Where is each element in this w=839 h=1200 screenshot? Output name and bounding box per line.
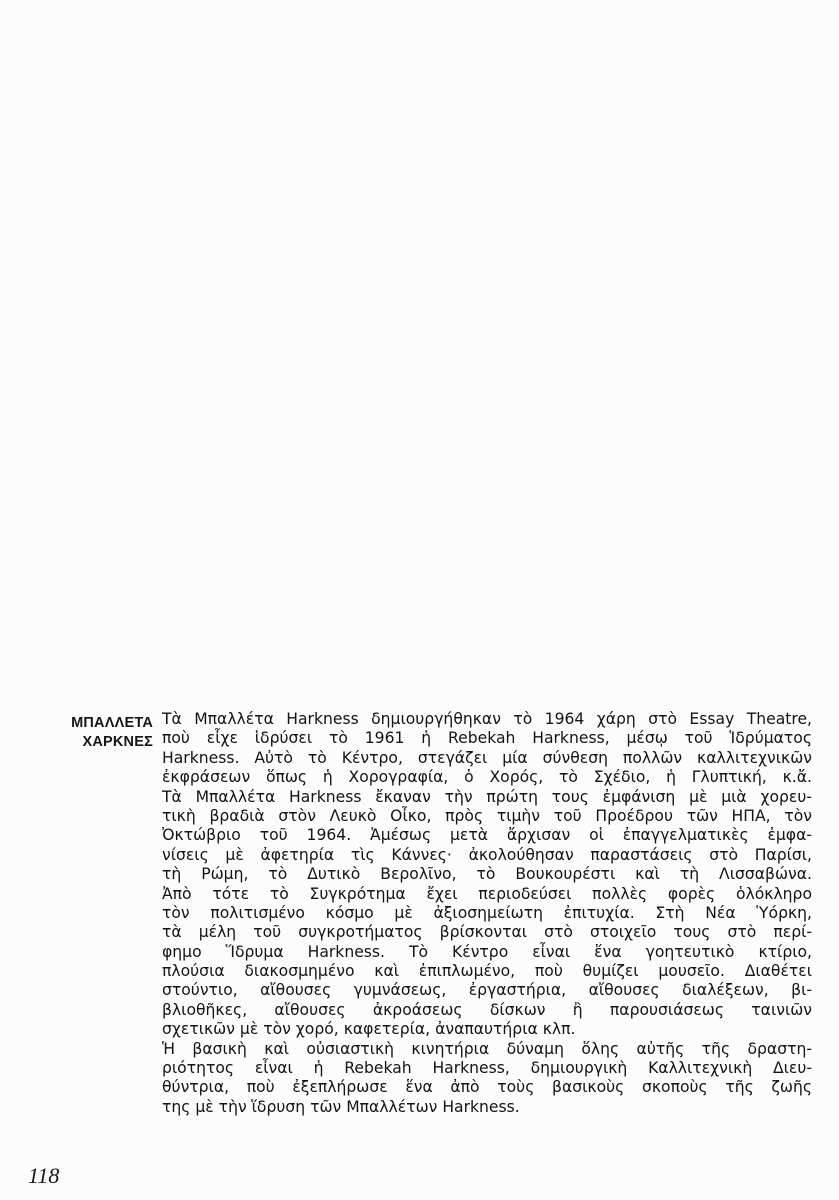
body-line: Τὰ Μπαλλέτα Harkness ἔκαναν τὴν πρώτη το… [162, 788, 812, 807]
body-line: τὴ Ρώμη, τὸ Δυτικὸ Βερολῖνο, τὸ Βουκουρέ… [162, 865, 812, 884]
document-page: ΜΠΑΛΛΕΤΑ ΧΑΡΚΝΕΣ Τὰ Μπαλλέτα Harkness δη… [0, 0, 839, 1200]
page-number: 118 [28, 1163, 59, 1189]
body-line: ἐκφράσεων ὅπως ἡ Χορογραφία, ὁ Χορός, τὸ… [162, 768, 812, 787]
article-body: Τὰ Μπαλλέτα Harkness δημιουργήθηκαν τὸ 1… [162, 710, 812, 1117]
body-line: φημο Ἵδρυμα Harkness. Τὸ Κέντρο εἶναι ἕν… [162, 943, 812, 962]
body-line: τικὴ βραδιὰ στὸν Λευκὸ Οἶκο, πρὸς τιμὴν … [162, 807, 812, 826]
body-line: της μὲ τὴν ἵδρυση τῶν Μπαλλέτων Harkness… [162, 1098, 812, 1117]
section-heading: ΜΠΑΛΛΕΤΑ ΧΑΡΚΝΕΣ [40, 714, 153, 753]
body-line: Ἀπὸ τότε τὸ Συγκρότημα ἔχει περιοδεύσει … [162, 885, 812, 904]
body-line: Τὰ Μπαλλέτα Harkness δημιουργήθηκαν τὸ 1… [162, 710, 812, 729]
body-line: τὸν πολιτισμένο κόσμο μὲ ἀξιοσημείωτη ἐπ… [162, 904, 812, 923]
body-line: θύντρια, ποὺ ἐξεπλήρωσε ἕνα ἀπὸ τοὺς βασ… [162, 1078, 812, 1097]
body-line: ριότητος εἶναι ἡ Rebekah Harkness, δημιο… [162, 1059, 812, 1078]
body-line: βλιοθῆκες, αἴθουσες ἀκροάσεως δίσκων ἢ π… [162, 1001, 812, 1020]
body-line: σχετικῶν μὲ τὸν χορό, καφετερία, ἀναπαυτ… [162, 1020, 812, 1039]
body-line: ποὺ εἶχε ἱδρύσει τὸ 1961 ἡ Rebekah Harkn… [162, 729, 812, 748]
body-line: Ὀκτώβριο τοῦ 1964. Ἀμέσως μετὰ ἄρχισαν ο… [162, 826, 812, 845]
body-line: πλούσια διακοσμημένο καὶ ἐπιπλωμένο, ποὺ… [162, 962, 812, 981]
section-heading-line-1: ΜΠΑΛΛΕΤΑ [40, 714, 153, 733]
body-line: νίσεις μὲ ἀφετηρία τὶς Κάννες· ἀκολούθησ… [162, 846, 812, 865]
body-line: τὰ μέλη τοῦ συγκροτήματος βρίσκονται στὸ… [162, 923, 812, 942]
body-line: Harkness. Αὐτὸ τὸ Κέντρο, στεγάζει μία σ… [162, 749, 812, 768]
body-line: Ἡ βασικὴ καὶ οὐσιαστικὴ κινητήρια δύναμη… [162, 1040, 812, 1059]
body-line: στούντιο, αἴθουσες γυμνάσεως, ἐργαστήρια… [162, 981, 812, 1000]
section-heading-line-2: ΧΑΡΚΝΕΣ [40, 733, 153, 752]
